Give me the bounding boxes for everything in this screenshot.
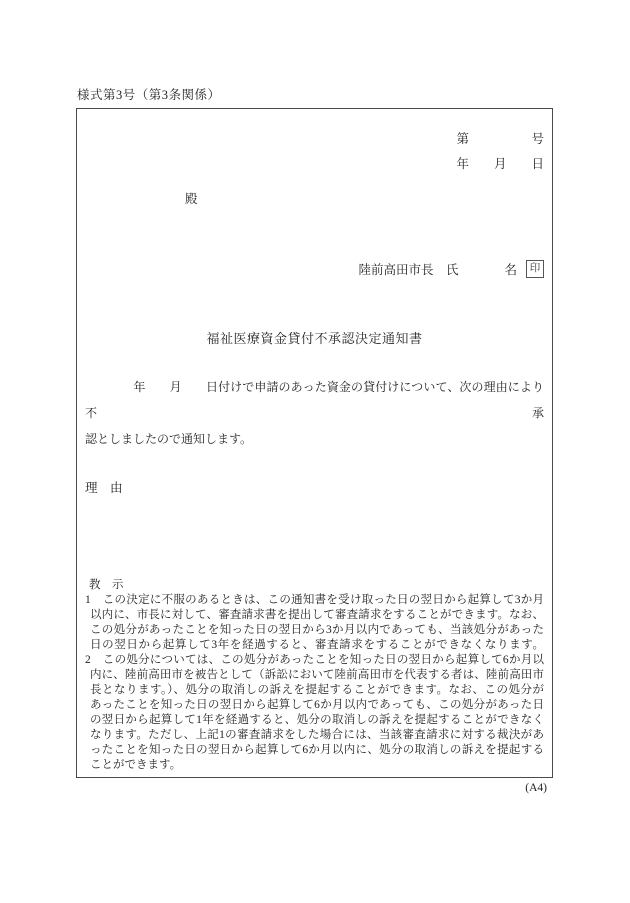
instruction-line: の翌日から起算して1年を経過すると、処分の取消しの訴えを提起することができなく (85, 713, 544, 728)
seal-box: 印 (526, 260, 544, 278)
document-page: 様式第3号（第3条関係） 第 号 年 月 日 殿 陸前高田市長 氏 名 印 福祉… (0, 0, 630, 903)
body-paragraph: 年 月 日付けで申請のあった資金の貸付けについて、次の理由により不承 認としまし… (85, 374, 544, 452)
seal-label: 印 (530, 263, 541, 274)
instruction-line: 1 この決定に不服のあるときは、この通知書を受け取った日の翌日から起算して3か月 (85, 593, 544, 608)
instruction-line: この処分があったことを知った日の翌日から3か月以内であっても、当該処分があった (85, 623, 544, 638)
document-frame: 第 号 年 月 日 殿 陸前高田市長 氏 名 印 福祉医療資金貸付不承認決定通知… (76, 108, 553, 778)
instruction-line: なります。ただし、上記1の審査請求をした場合には、当該審査請求に対する裁決があ (85, 728, 544, 743)
instruction-line: 内に、陸前高田市を被告として（訴訟において陸前高田市を代表する者は、陸前高田市 (85, 668, 544, 683)
reason-label: 理 由 (85, 478, 544, 496)
instruction-line: ことができます。 (85, 758, 544, 773)
instruction-line: 日の翌日から起算して3年を経過すると、審査請求をすることができなくなります。 (85, 638, 544, 653)
instructions-section: 教 示 1 この決定に不服のあるときは、この通知書を受け取った日の翌日から起算し… (85, 578, 544, 773)
sender-line: 陸前高田市長 氏 名 印 (85, 260, 544, 278)
instruction-line: ったことを知った日の翌日から起算して6か月以内に、処分の取消しの訴えを提起する (85, 743, 544, 758)
paper-size-label: (A4) (76, 782, 553, 794)
addressee-line: 殿 (85, 191, 544, 208)
instruction-line: 2 この処分については、この処分があったことを知った日の翌日から起算して6か月以 (85, 653, 544, 668)
form-label: 様式第3号（第3条関係） (77, 85, 221, 103)
sender-name: 陸前高田市長 氏 (358, 260, 458, 278)
instructions-heading: 教 示 (85, 578, 544, 593)
instruction-line: 長となります。）、処分の取消しの訴えを提起することができます。なお、この処分が (85, 683, 544, 698)
sender-name-suffix: 名 (504, 260, 517, 278)
doc-number-line: 第 号 (85, 131, 544, 148)
instruction-line: 以内に、市長に対して、審査請求書を提出して審査請求をすることができます。なお、 (85, 608, 544, 623)
instruction-line: あったことを知った日の翌日から起算して6か月以内であっても、この処分があった日 (85, 698, 544, 713)
document-title: 福祉医療資金貸付不承認決定通知書 (85, 328, 544, 347)
body-line: 認としましたので通知します。 (85, 426, 544, 452)
addressee-suffix: 殿 (185, 192, 198, 206)
body-line: 年 月 日付けで申請のあった資金の貸付けについて、次の理由により不承 (85, 374, 544, 426)
doc-date-line: 年 月 日 (85, 156, 544, 173)
